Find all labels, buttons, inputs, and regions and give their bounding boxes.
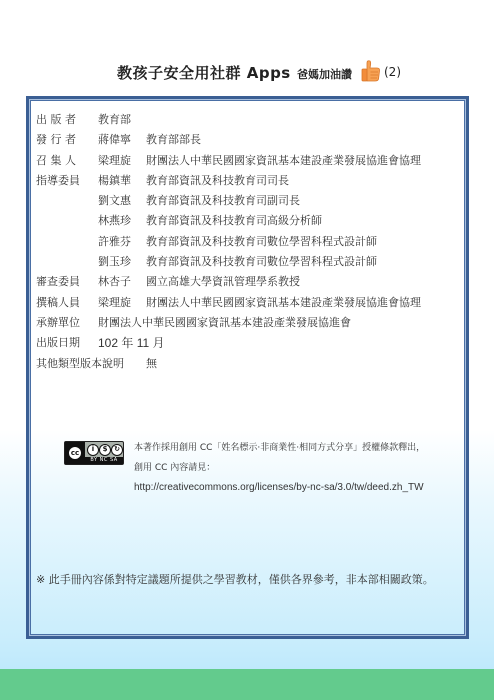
thumbs-up-icon — [361, 60, 381, 82]
footer-band — [0, 669, 494, 700]
sharealike-icon: ↻ — [111, 444, 123, 456]
credit-value: 無 — [146, 354, 157, 374]
license-line-2: 創用 CC 內容請見： — [134, 458, 425, 478]
credit-title: 財團法人中華民國國家資訊基本建設產業發展協進會協理 — [146, 151, 421, 171]
license-block: cc i $ ↻ BY NC SA 本著作採用創用 CC「姓名標示‧非商業性‧相… — [64, 438, 464, 498]
credit-label: 出 版 者 — [36, 110, 76, 130]
license-badge-strip: BY NC SA — [85, 457, 123, 464]
credit-value: 教育部 — [98, 110, 131, 130]
attribution-icon: i — [87, 444, 99, 456]
credit-title: 國立高雄大學資訊管理學系教授 — [146, 272, 300, 292]
credit-name: 林杏子 — [98, 272, 131, 292]
credit-name: 林燕珍 — [98, 211, 131, 231]
credit-name: 楊鎮華 — [98, 171, 131, 191]
credit-title: 教育部部長 — [146, 130, 201, 150]
license-line-1: 本著作採用創用 CC「姓名標示‧非商業性‧相同方式分享」授權條款釋出， — [134, 438, 425, 458]
credit-title: 教育部資訊及科技教育司數位學習科程式設計師 — [146, 232, 377, 252]
credit-label: 出版日期 — [36, 333, 80, 353]
credit-title: 教育部資訊及科技教育司數位學習科程式設計師 — [146, 252, 377, 272]
credit-title: 教育部資訊及科技教育司高級分析師 — [146, 211, 322, 231]
credit-name: 梁理旋 — [98, 293, 131, 313]
credit-label: 發 行 者 — [36, 130, 76, 150]
credit-name: 梁理旋 — [98, 151, 131, 171]
credit-name: 劉玉珍 — [98, 252, 131, 272]
noncommercial-icon: $ — [99, 444, 111, 456]
creative-commons-icon: cc i $ ↻ BY NC SA — [64, 441, 124, 465]
credit-value: 財團法人中華民國國家資訊基本建設產業發展協進會 — [98, 313, 351, 333]
cc-logo-icon: cc — [67, 445, 83, 461]
credit-title: 教育部資訊及科技教育司副司長 — [146, 191, 300, 211]
license-url-link[interactable]: http://creativecommons.org/licenses/by-n… — [134, 478, 425, 498]
credit-label: 指導委員 — [36, 171, 80, 191]
credit-title: 財團法人中華民國國家資訊基本建設產業發展協進會協理 — [146, 293, 421, 313]
credit-label: 其他類型版本說明 — [36, 354, 124, 374]
disclaimer-note: ※ 此手冊內容係對特定議題所提供之學習教材，僅供各界參考，非本部相關政策。 — [36, 571, 434, 587]
license-text: 本著作採用創用 CC「姓名標示‧非商業性‧相同方式分享」授權條款釋出， 創用 C… — [134, 438, 425, 498]
credit-label: 審查委員 — [36, 272, 80, 292]
credit-name: 劉文惠 — [98, 191, 131, 211]
page-header: 教孩子安全用社群 Apps 爸媽加油讚 (2) — [0, 60, 494, 86]
credit-label: 召 集 人 — [36, 151, 76, 171]
credit-title: 教育部資訊及科技教育司司長 — [146, 171, 289, 191]
credit-name: 許雅芬 — [98, 232, 131, 252]
credit-name: 蔣偉寧 — [98, 130, 131, 150]
book-title: 教孩子安全用社群 Apps — [117, 62, 291, 83]
series-label: 爸媽加油讚 — [297, 66, 352, 82]
part-number: (2) — [384, 65, 401, 79]
credit-value: 102 年 11 月 — [98, 333, 164, 353]
credit-label: 撰稿人員 — [36, 293, 80, 313]
credit-label: 承辦單位 — [36, 313, 80, 333]
